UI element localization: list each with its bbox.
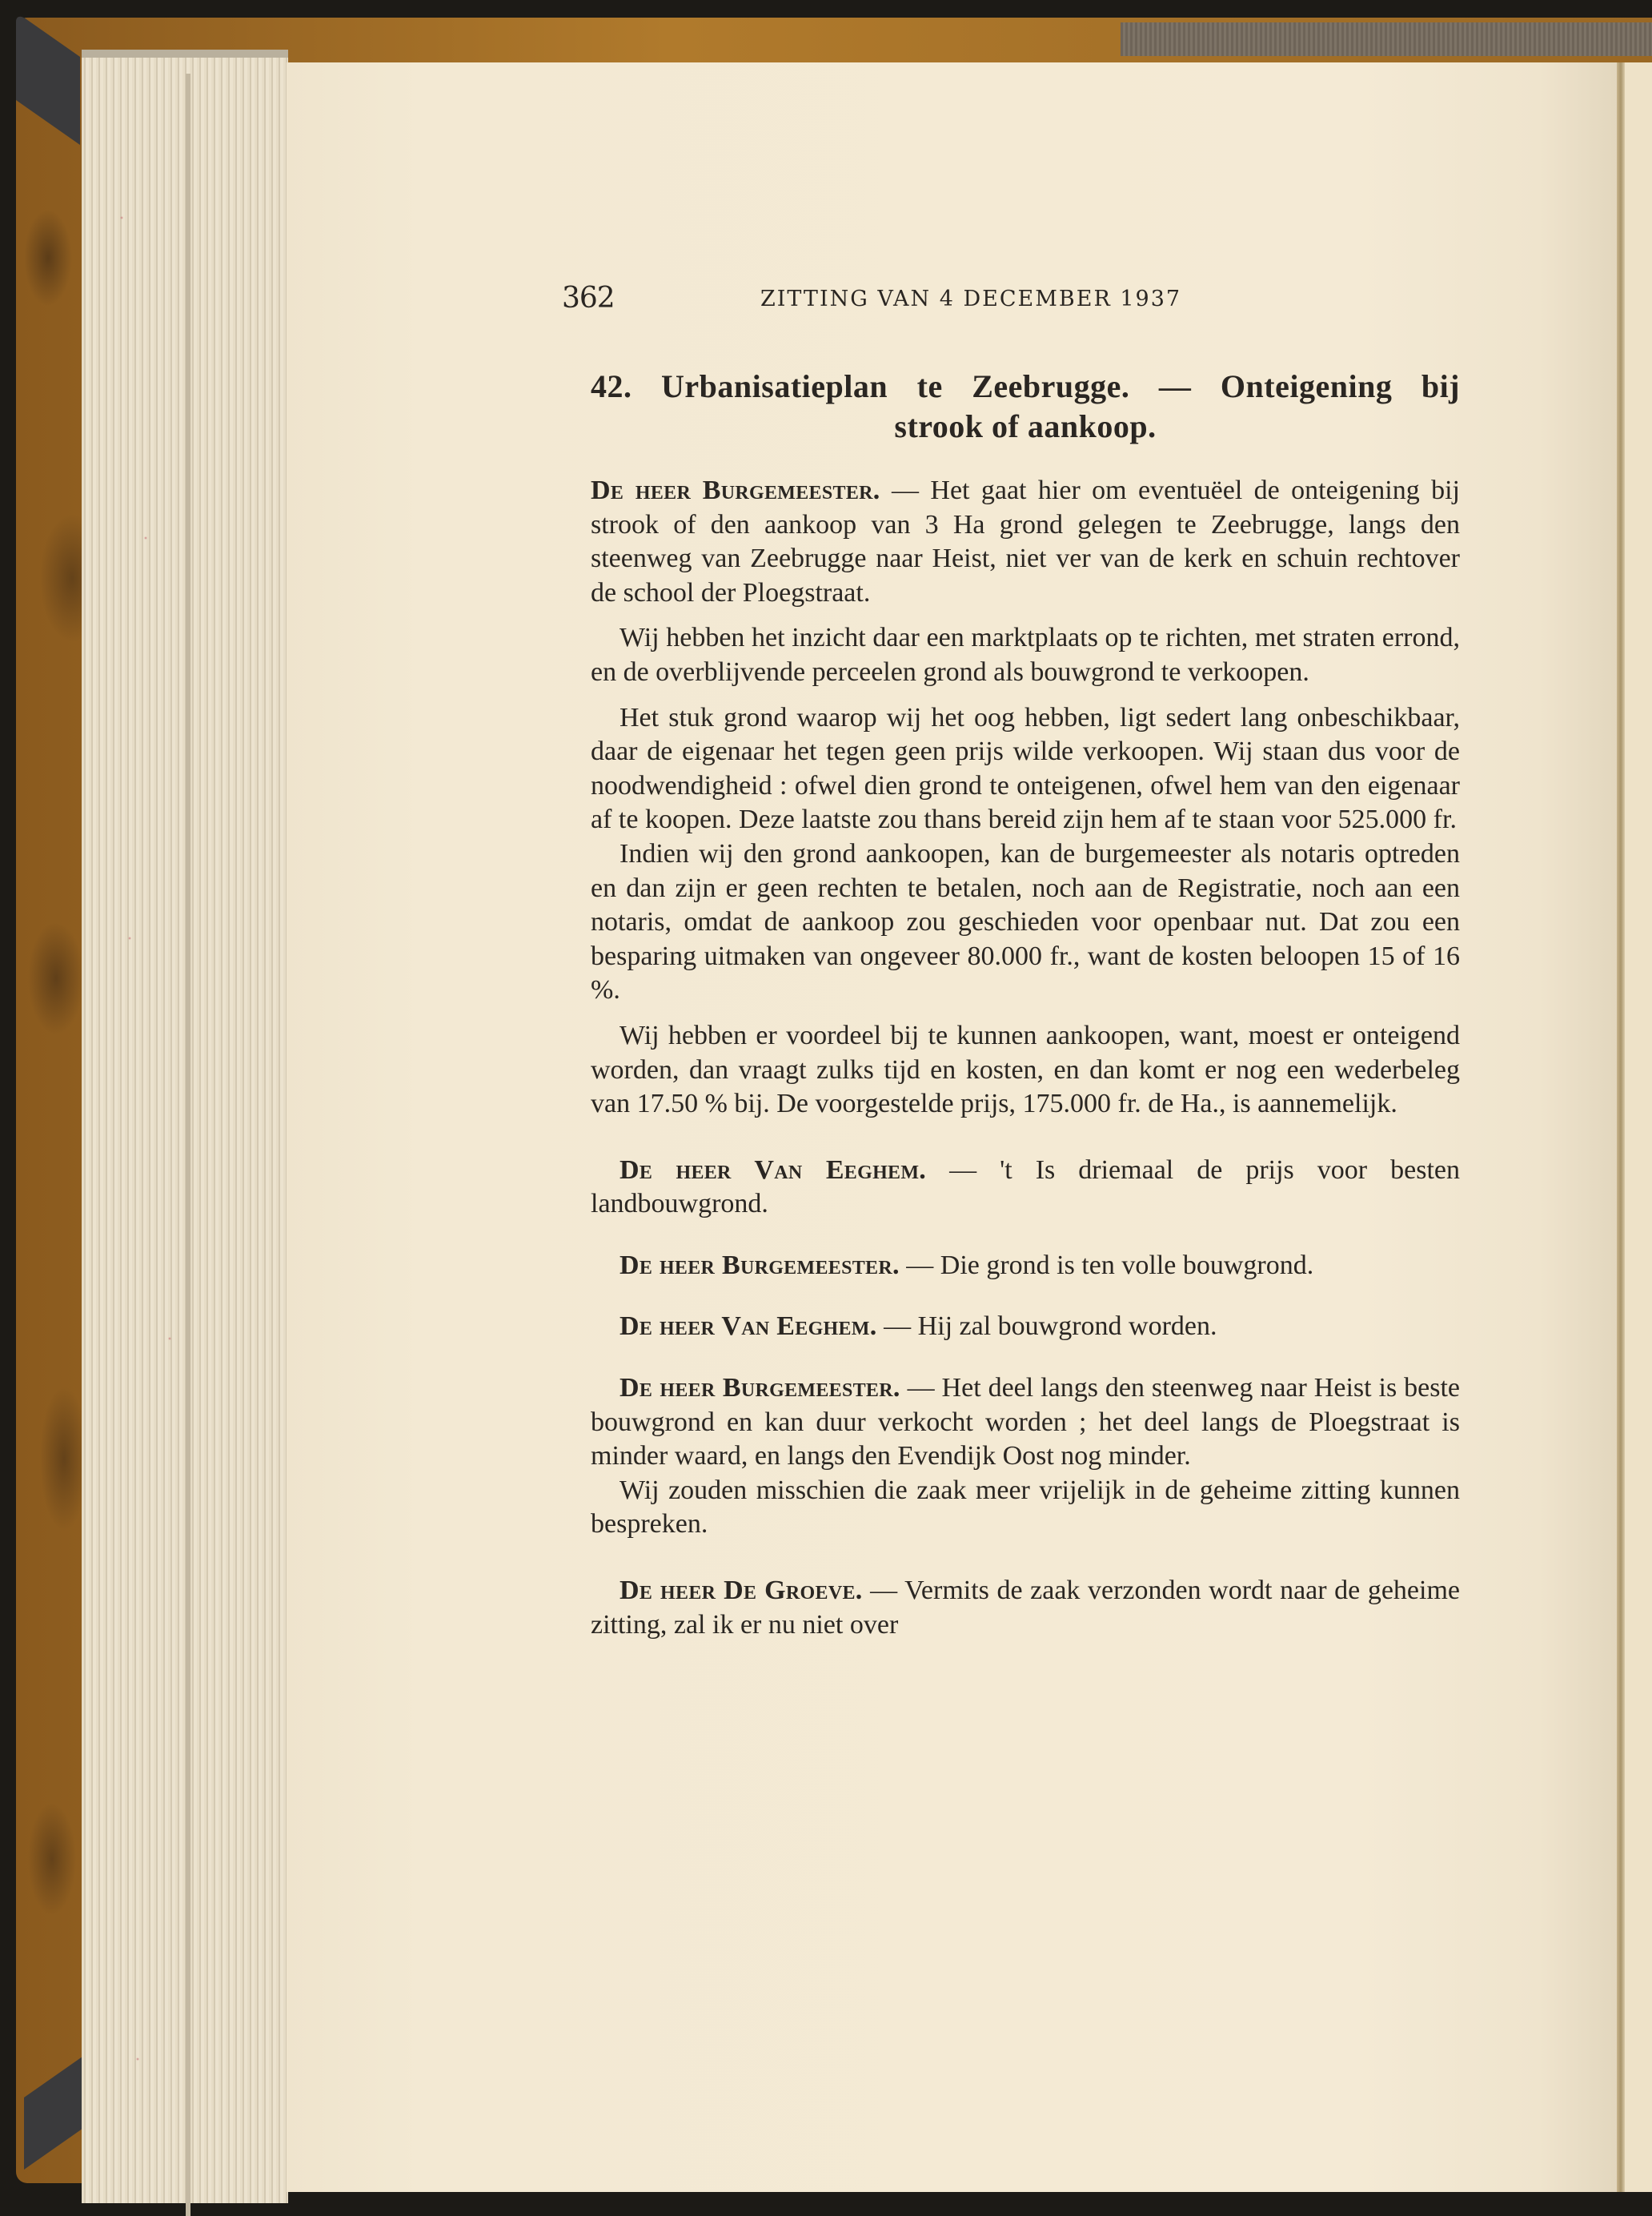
paragraph: Wij hebben er voordeel bij te kunnen aan…	[591, 1019, 1460, 1122]
paragraph: De heer De Groeve. — Vermits de zaak ver…	[591, 1574, 1460, 1642]
page-content: 362 ZITTING VAN 4 DECEMBER 1937 42. Urba…	[591, 280, 1460, 1642]
paragraph-text: Wij hebben er voordeel bij te kunnen aan…	[591, 1021, 1460, 1118]
paragraph-text: Het stuk grond waarop wij het oog hebben…	[591, 703, 1460, 835]
facing-page-edge	[1625, 62, 1652, 2192]
section-title: 42. Urbanisatieplan te Zeebrugge. — Onte…	[591, 367, 1460, 447]
paragraph: Het stuk grond waarop wij het oog hebben…	[591, 701, 1460, 837]
paragraph-text: Wij hebben het inzicht daar een marktpla…	[591, 623, 1460, 687]
paragraph-text: Indien wij den grond aankoopen, kan de b…	[591, 839, 1460, 1005]
paragraph: De heer Van Eeghem. — Hij zal bouwgrond …	[591, 1310, 1460, 1344]
paragraph: Indien wij den grond aankoopen, kan de b…	[591, 837, 1460, 1008]
page-number: 362	[562, 282, 615, 315]
speaker-label: De heer Van Eeghem.	[619, 1311, 877, 1341]
page-edges	[82, 50, 288, 2203]
paragraph: De heer Burgemeester. — Het deel langs d…	[591, 1371, 1460, 1474]
running-head: 362 ZITTING VAN 4 DECEMBER 1937	[591, 280, 1460, 328]
running-head-title: ZITTING VAN 4 DECEMBER 1937	[760, 287, 1181, 311]
paragraph-text: — Hij zal bouwgrond worden.	[877, 1311, 1217, 1341]
speaker-label: De heer Burgemeester.	[619, 1373, 900, 1403]
body-text: De heer Burgemeester. — Het gaat hier om…	[591, 474, 1460, 1642]
section-title-line1: 42. Urbanisatieplan te Zeebrugge. — Onte…	[591, 367, 1460, 407]
speaker-label: De heer Van Eeghem.	[619, 1155, 926, 1185]
section-title-line2: strook of aankoop.	[591, 407, 1460, 447]
paragraph: Wij hebben het inzicht daar een marktpla…	[591, 621, 1460, 689]
book-spine-cloth	[1121, 22, 1652, 56]
paragraph: De heer Burgemeester. — Die grond is ten…	[591, 1249, 1460, 1283]
speaker-label: De heer De Groeve.	[619, 1576, 863, 1605]
paragraph-text: Wij zouden misschien die zaak meer vrije…	[591, 1475, 1460, 1540]
speaker-label: De heer Burgemeester.	[619, 1251, 900, 1280]
page-gutter	[1617, 62, 1625, 2192]
speaker-label: De heer Burgemeester.	[591, 476, 880, 505]
paragraph: De heer Burgemeester. — Het gaat hier om…	[591, 474, 1460, 610]
paragraph: De heer Van Eeghem. — 't Is driemaal de …	[591, 1154, 1460, 1222]
paragraph-text: — Die grond is ten volle bouwgrond.	[900, 1251, 1314, 1280]
paragraph: Wij zouden misschien die zaak meer vrije…	[591, 1474, 1460, 1542]
